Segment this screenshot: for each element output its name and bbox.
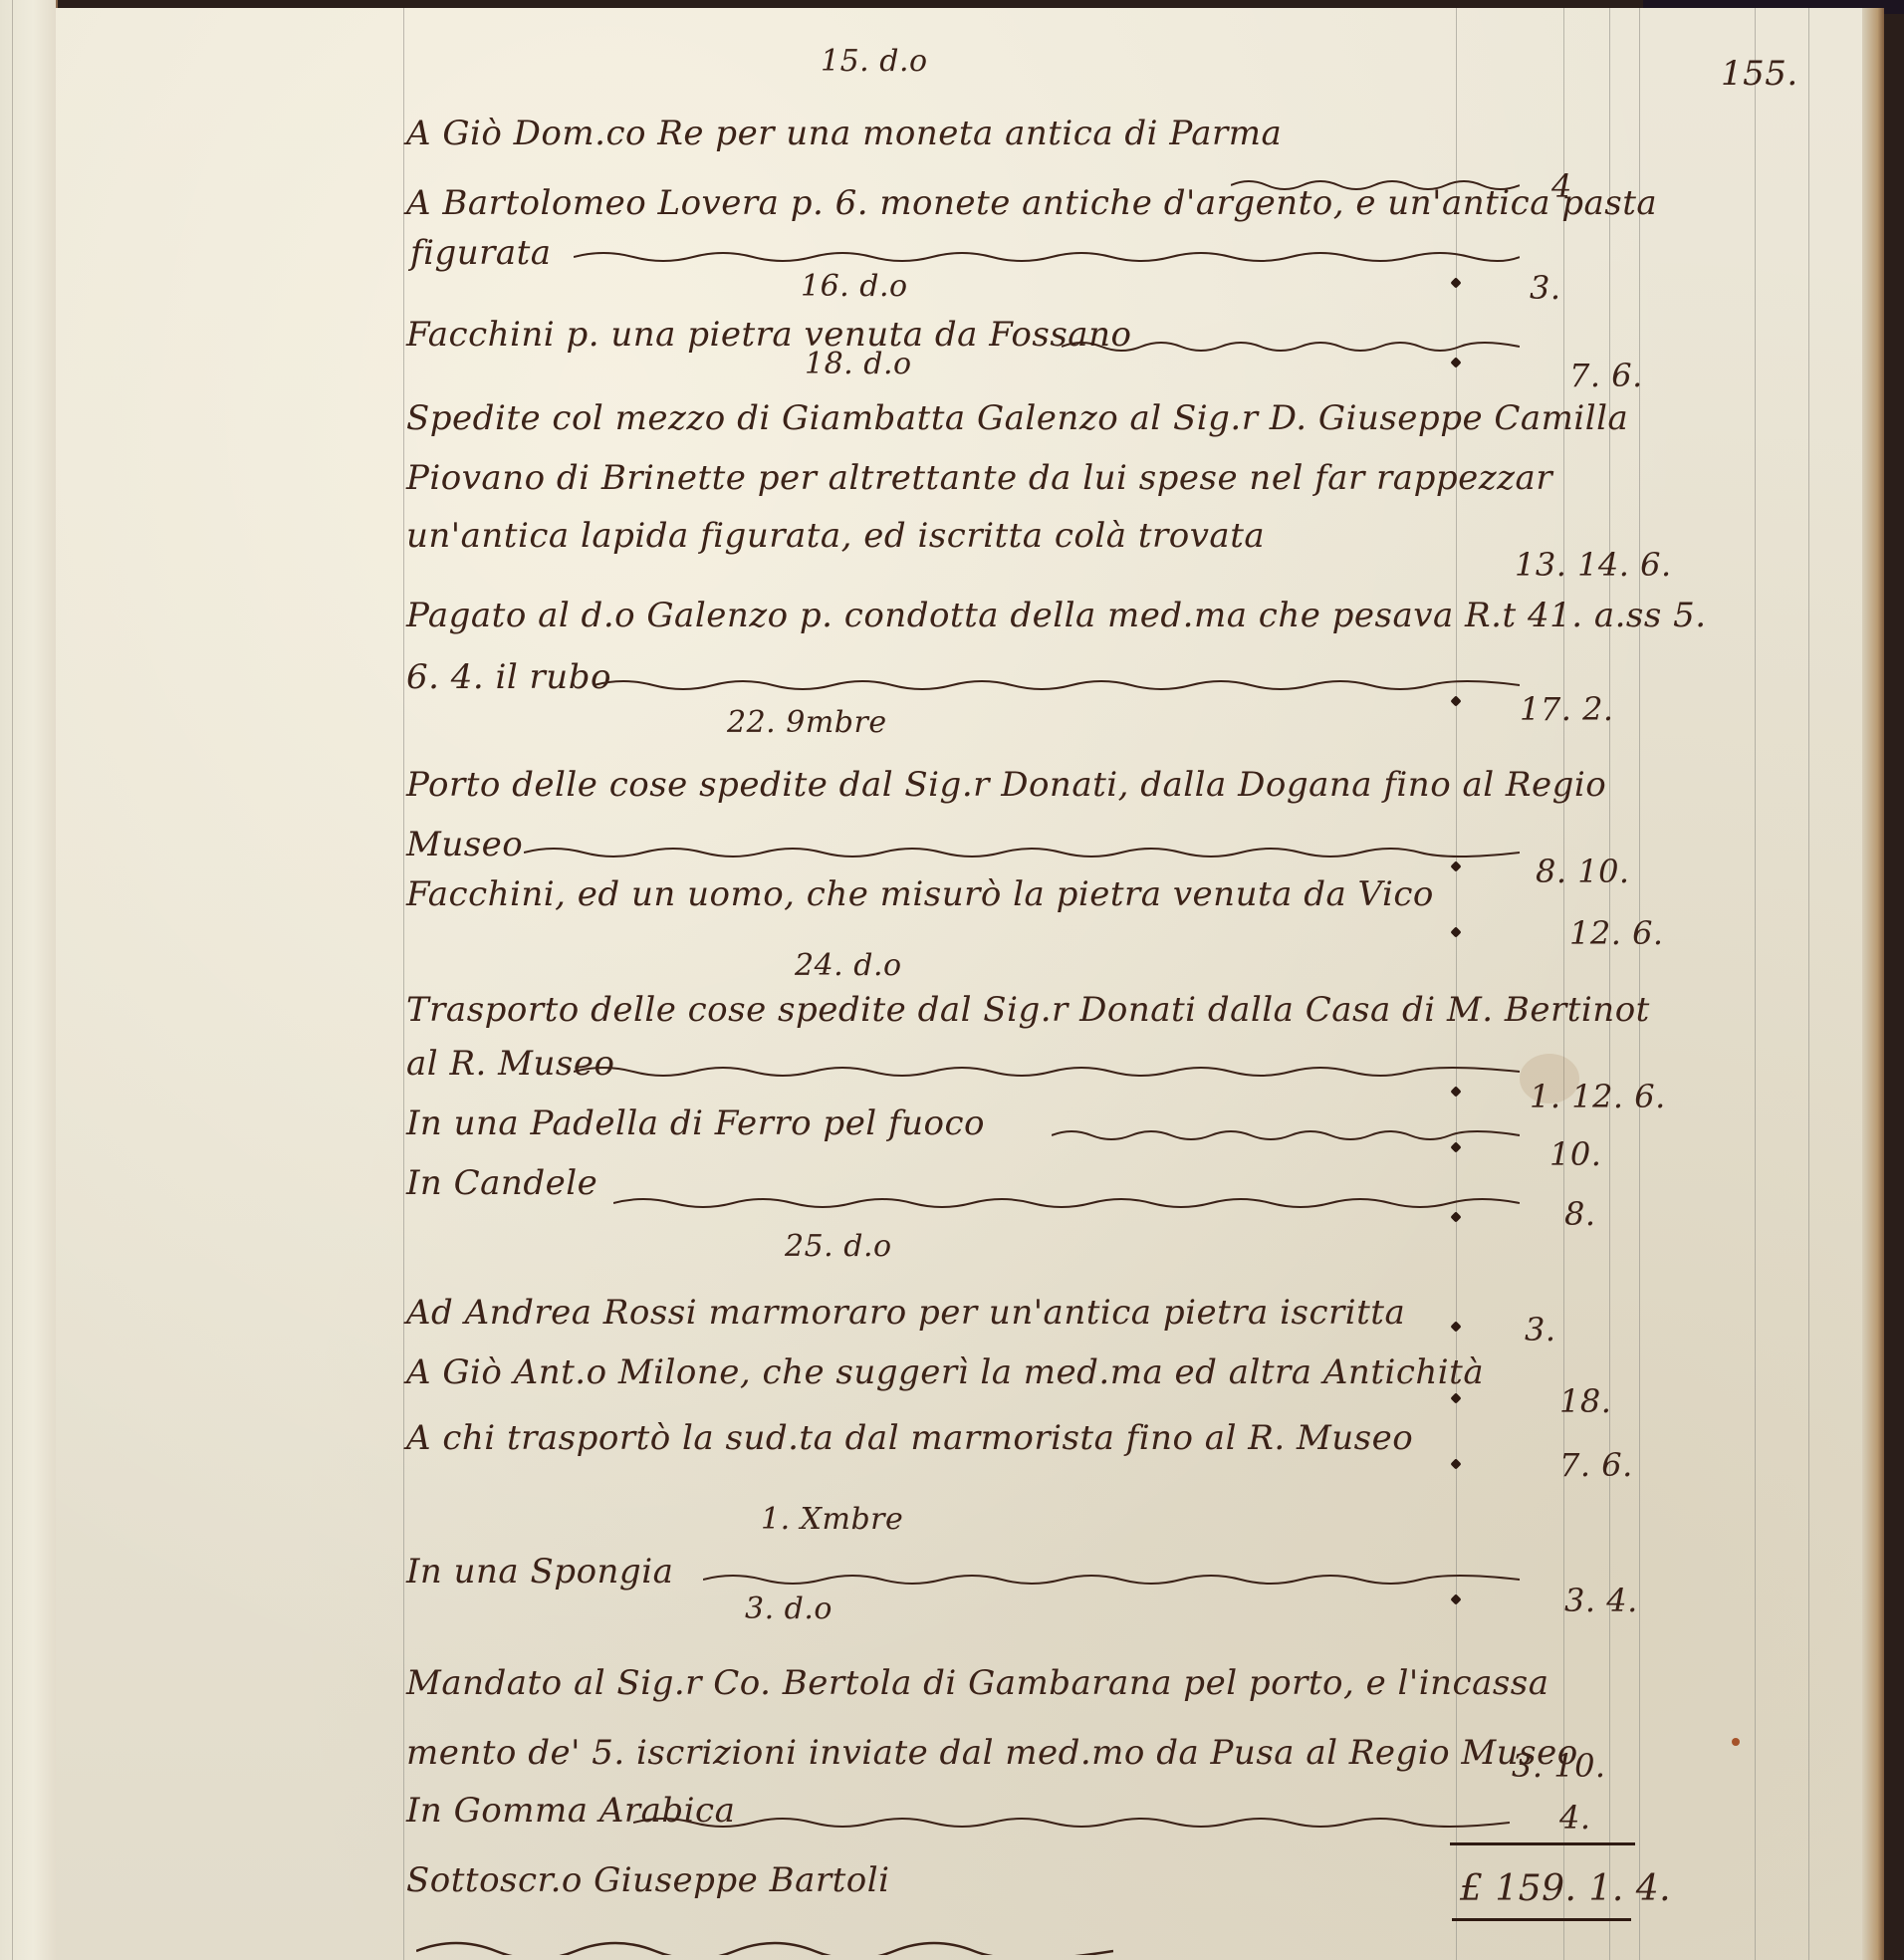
amount-rule-6 <box>1808 8 1809 1960</box>
entry-amount: 17. 2. <box>1520 690 1614 728</box>
fill-line <box>703 1570 1520 1590</box>
entry-amount: 8. <box>1564 1195 1596 1233</box>
entry-amount: 3. 10. <box>1512 1747 1606 1785</box>
entry-amount: 3. 4. <box>1564 1582 1638 1619</box>
total-rule-bottom <box>1452 1918 1631 1921</box>
date-heading: 15. d.o <box>821 44 928 79</box>
facing-page-edge <box>0 0 58 1960</box>
line-end-mark <box>1450 926 1461 937</box>
fill-line <box>633 1813 1510 1833</box>
entry-text: Pagato al d.o Galenzo p. condotta della … <box>406 596 1707 635</box>
amount-rule-3 <box>1609 8 1610 1960</box>
entry-amount: 8. 10. <box>1536 853 1630 890</box>
entry-amount: 10. <box>1549 1135 1601 1173</box>
amount-rule-4 <box>1639 8 1640 1960</box>
entry-text-cont: Piovano di Brinette per altrettante da l… <box>406 458 1552 498</box>
entry-amount: 3. <box>1525 1311 1556 1348</box>
entry-text: In una Padella di Ferro pel fuoco <box>406 1103 985 1143</box>
entry-text: Porto delle cose spedite dal Sig.r Donat… <box>406 765 1606 805</box>
fill-line <box>1052 1125 1520 1145</box>
ledger-page: 155. 15. d.o A Giò Dom.co Re per una mon… <box>56 8 1884 1960</box>
entry-text-cont: mento de' 5. iscrizioni inviate dal med.… <box>406 1733 1578 1773</box>
entry-amount: 18. <box>1559 1382 1611 1420</box>
line-end-mark <box>1450 1392 1461 1403</box>
page-number: 155. <box>1721 54 1798 94</box>
entry-text: Ad Andrea Rossi marmoraro per un'antica … <box>406 1293 1405 1333</box>
closing-flourish <box>416 1935 1113 1955</box>
line-end-mark <box>1450 1458 1461 1469</box>
line-end-mark <box>1450 695 1461 706</box>
total-rule-top <box>1450 1842 1635 1845</box>
date-heading: 25. d.o <box>785 1229 892 1264</box>
amount-rule-5 <box>1755 8 1756 1960</box>
fill-line <box>613 1193 1520 1213</box>
line-end-mark <box>1450 277 1461 288</box>
entry-text: Spedite col mezzo di Giambatta Galenzo a… <box>406 398 1628 438</box>
margin-rule <box>403 8 404 1960</box>
fill-line <box>524 843 1520 862</box>
ink-spot <box>1732 1738 1740 1746</box>
entry-amount: 12. 6. <box>1569 914 1664 952</box>
line-end-mark <box>1450 1211 1461 1222</box>
line-end-mark <box>1450 1593 1461 1604</box>
signature: Sottoscr.o Giuseppe Bartoli <box>406 1860 890 1900</box>
date-heading: 16. d.o <box>801 269 908 304</box>
line-end-mark <box>1450 1321 1461 1332</box>
entry-text: A Giò Dom.co Re per una moneta antica di… <box>406 114 1282 153</box>
entry-amount: 7. 6. <box>1569 357 1643 394</box>
date-heading: 24. d.o <box>795 948 902 983</box>
date-heading: 18. d.o <box>805 347 912 381</box>
entry-text: Mandato al Sig.r Co. Bertola di Gambaran… <box>406 1663 1549 1703</box>
entry-text: Facchini p. una pietra venuta da Fossano <box>406 315 1131 355</box>
page-total: £ 159. 1. 4. <box>1460 1868 1671 1909</box>
entry-text-cont: 6. 4. il rubo <box>406 657 611 697</box>
date-heading: 22. 9mbre <box>727 705 887 740</box>
entry-text: A Bartolomeo Lovera p. 6. monete antiche… <box>406 183 1657 223</box>
fill-line <box>574 1062 1520 1082</box>
date-heading: 3. d.o <box>745 1592 833 1626</box>
entry-amount: 7. 6. <box>1559 1446 1633 1484</box>
date-heading: 1. Xmbre <box>761 1502 903 1537</box>
entry-text-cont: Museo <box>406 825 523 864</box>
fill-line <box>574 247 1520 267</box>
entry-text: In Candele <box>406 1163 597 1203</box>
fill-line <box>594 675 1520 695</box>
line-end-mark <box>1450 1086 1461 1097</box>
entry-amount: 3. <box>1530 269 1561 307</box>
entry-text: In una Spongia <box>406 1552 673 1592</box>
entry-text: A Giò Ant.o Milone, che suggerì la med.m… <box>406 1352 1484 1392</box>
entry-amount: 4. <box>1559 1799 1591 1837</box>
entry-text-cont: un'antica lapida figurata, ed iscritta c… <box>406 516 1265 556</box>
entry-text: Trasporto delle cose spedite dal Sig.r D… <box>406 990 1650 1030</box>
entry-amount: 1. 12. 6. <box>1530 1078 1666 1115</box>
fill-line <box>1062 337 1520 357</box>
page-edge <box>1862 8 1884 1960</box>
line-end-mark <box>1450 357 1461 367</box>
entry-amount: 13. 14. 6. <box>1515 546 1672 584</box>
entry-text-cont: figurata <box>410 233 552 273</box>
amount-rule-2 <box>1563 8 1564 1960</box>
entry-text: A chi trasportò la sud.ta dal marmorista… <box>406 1418 1413 1458</box>
line-end-mark <box>1450 860 1461 871</box>
entry-text: Facchini, ed un uomo, che misurò la piet… <box>406 874 1434 914</box>
